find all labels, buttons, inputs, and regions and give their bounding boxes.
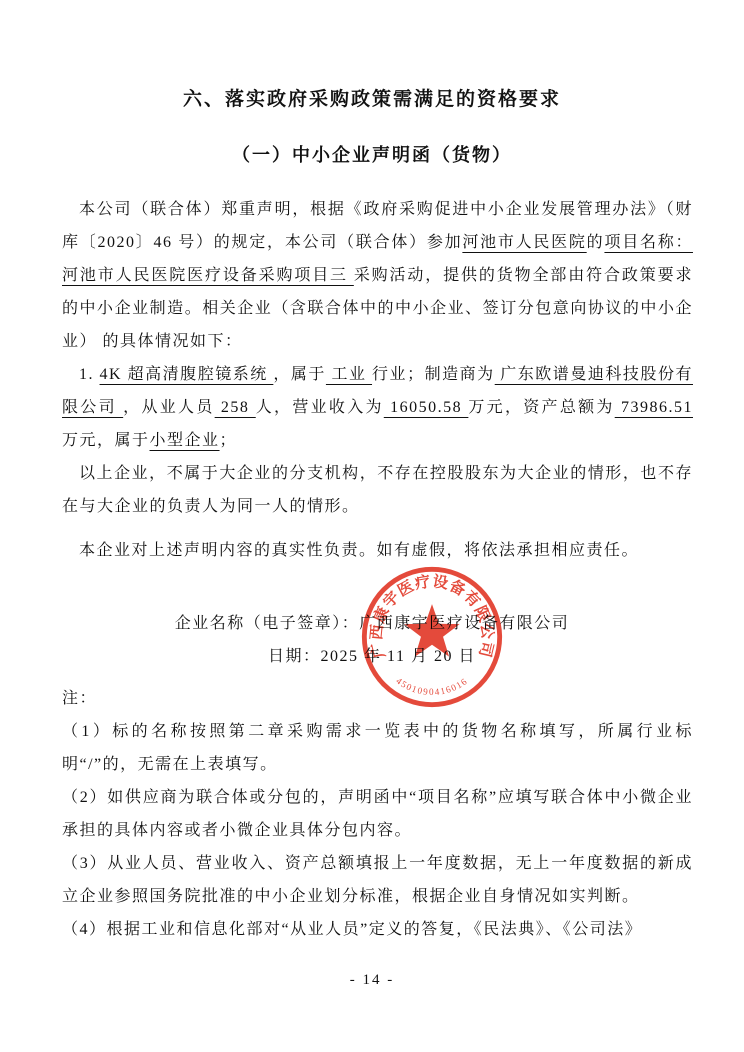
note-item: （4）根据工业和信息化部对“从业人员”定义的答复，《民法典》、《公司法》 (62, 913, 693, 946)
notes-section: 注： （1）标的名称按照第二章采购需求一览表中的货物名称填写，所属行业标明“/”… (62, 682, 693, 946)
document-page: 六、落实政府采购政策需满足的资格要求 （一）中小企业声明函（货物） 本公司（联合… (0, 0, 744, 1052)
declaration: 本公司（联合体）郑重声明，根据《政府采购促进中小企业发展管理办法》（财库〔202… (62, 193, 693, 567)
filled-field: 河池市人民医院 (462, 234, 586, 251)
filled-field: 4K 超高清腹腔镜系统 (100, 366, 274, 383)
page-title: 六、落实政府采购政策需满足的资格要求 (0, 88, 744, 112)
static-text: 人，营业收入为 (256, 399, 384, 416)
static-text: ； (220, 432, 238, 449)
declaration-paragraph: 本公司（联合体）郑重声明，根据《政府采购促进中小企业发展管理办法》（财库〔202… (62, 193, 693, 358)
static-text: 1. (79, 366, 100, 383)
notes-list: （1）标的名称按照第二章采购需求一览表中的货物名称填写，所属行业标明“/”的，无… (62, 715, 693, 946)
note-item: （2）如供应商为联合体或分包的，声明函中“项目名称”应填写联合体中小微企业承担的… (62, 781, 693, 847)
static-text: 本企业对上述声明内容的真实性负责。如有虚假，将依法承担相应责任。 (79, 542, 639, 559)
signature-date-line: 日期：2025 年 11 月 20 日 (0, 640, 744, 673)
declaration-paragraph: 1. 4K 超高清腹腔镜系统 ，属于 工业 行业；制造商为 广东欧谱曼迪科技股份… (62, 358, 693, 457)
static-text: ，从业人员 (123, 399, 214, 416)
notes-label: 注： (62, 682, 693, 715)
static-text: 万元，资产总额为 (468, 399, 614, 416)
static-text: 的 (587, 234, 605, 251)
static-text: 万元，属于 (62, 432, 150, 449)
signature-company-line: 企业名称（电子签章）：广西康宇医疗设备有限公司 (0, 607, 744, 640)
declaration-paragraph: 本企业对上述声明内容的真实性负责。如有虚假，将依法承担相应责任。 (62, 534, 693, 567)
static-text: 以上企业，不属于大企业的分支机构，不存在控股股东为大企业的情形，也不存在与大企业… (62, 465, 693, 515)
filled-field: 工业 (326, 366, 372, 383)
filled-field: 73986.51 (615, 399, 693, 416)
page-number: - 14 - (0, 972, 744, 989)
static-text: ，属于 (273, 366, 326, 383)
filled-field: 小型企业 (150, 432, 220, 449)
filled-field: 258 (215, 399, 256, 416)
declaration-paragraph: 以上企业，不属于大企业的分支机构，不存在控股股东为大企业的情形，也不存在与大企业… (62, 457, 693, 523)
note-item: （3）从业人员、营业收入、资产总额填报上一年度数据，无上一年度数据的新成立企业参… (62, 847, 693, 913)
signature-block: 企业名称（电子签章）：广西康宇医疗设备有限公司 日期：2025 年 11 月 2… (0, 607, 744, 673)
note-item: （1）标的名称按照第二章采购需求一览表中的货物名称填写，所属行业标明“/”的，无… (62, 715, 693, 781)
static-text: 行业；制造商为 (372, 366, 495, 383)
page-subtitle: （一）中小企业声明函（货物） (0, 143, 744, 167)
filled-field: 16050.58 (384, 399, 469, 416)
